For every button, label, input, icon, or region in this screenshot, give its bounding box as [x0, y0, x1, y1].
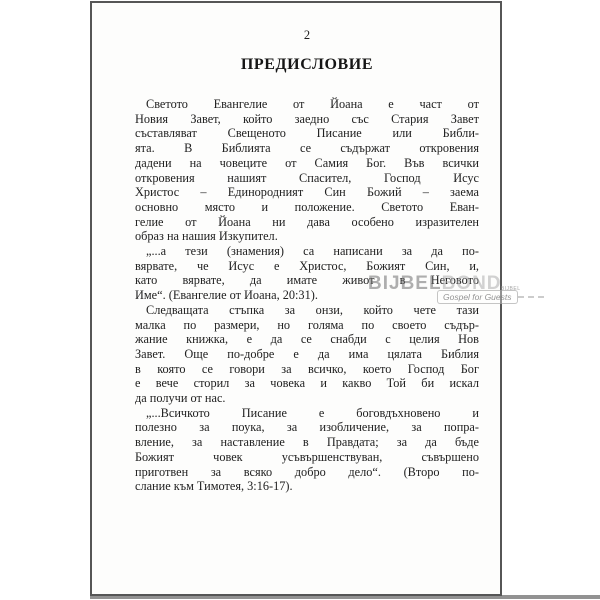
book-page: 2 ПРЕДИСЛОВИЕ Светото Евангелие от Йоана… — [90, 1, 502, 596]
body-text: Светото Евангелие от Йоана е част отНови… — [135, 97, 479, 494]
scanned-page-image: 2 ПРЕДИСЛОВИЕ Светото Евангелие от Йоана… — [0, 0, 600, 600]
body-line: полезно за поука, за изобличение, за поп… — [135, 420, 479, 435]
body-line: жание книжка, е да се снабди с целия Нов — [135, 332, 479, 347]
body-line: съставляват Свещеното Писание или Библи- — [135, 126, 479, 141]
body-line: основно място и положение. Светото Еван- — [135, 200, 479, 215]
body-line: приготвен за всяко добро дело“. (Второ п… — [135, 465, 479, 480]
body-line: Завет. Още по-добре е да има цялата Библ… — [135, 347, 479, 362]
body-line: Име“. (Евангелие от Иоана, 20:31). — [135, 288, 479, 303]
body-line: вление, за наставление в Правдата; за да… — [135, 435, 479, 450]
body-line: малка по размери, но голяма по своето съ… — [135, 318, 479, 333]
body-line: ята. В Библията се съдържат откровения — [135, 141, 479, 156]
body-line: Христос – Единородният Син Божий – заема — [135, 185, 479, 200]
body-line: Божият човек усъвършенствуван, съвършено — [135, 450, 479, 465]
body-line: образ на нашия Изкупител. — [135, 229, 479, 244]
body-line: Следващата стъпка за онзи, който чете та… — [135, 303, 479, 318]
body-line: „...а тези (знамения) са написани за да … — [135, 244, 479, 259]
body-line: „...Всичкото Писание е боговдъхновено и — [135, 406, 479, 421]
page-number: 2 — [135, 28, 479, 43]
body-line: вярвате, че Исус е Христос, Божият Син, … — [135, 259, 479, 274]
body-line: да получи от нас. — [135, 391, 479, 406]
body-line: като вярвате, да имате живот в Неговото — [135, 273, 479, 288]
body-line: е вече сторил за човека и какво Той би и… — [135, 376, 479, 391]
body-line: Светото Евангелие от Йоана е част от — [135, 97, 479, 112]
watermark-badge-small-text: BIJBEL — [501, 286, 521, 292]
watermark-dashes — [518, 296, 544, 298]
body-line: слание към Тимотея, 3:16-17). — [135, 479, 479, 494]
body-line: гелие от Йоана ни дава особено изразител… — [135, 215, 479, 230]
body-line: откровения нашият Спасител, Господ Исус — [135, 171, 479, 186]
body-line: в която се говори за всичко, което Госпо… — [135, 362, 479, 377]
page-title: ПРЕДИСЛОВИЕ — [135, 56, 479, 74]
body-line: дадени на човеците от Самия Бог. Във вси… — [135, 156, 479, 171]
body-line: Новия Завет, който заедно със Стария Зав… — [135, 112, 479, 127]
